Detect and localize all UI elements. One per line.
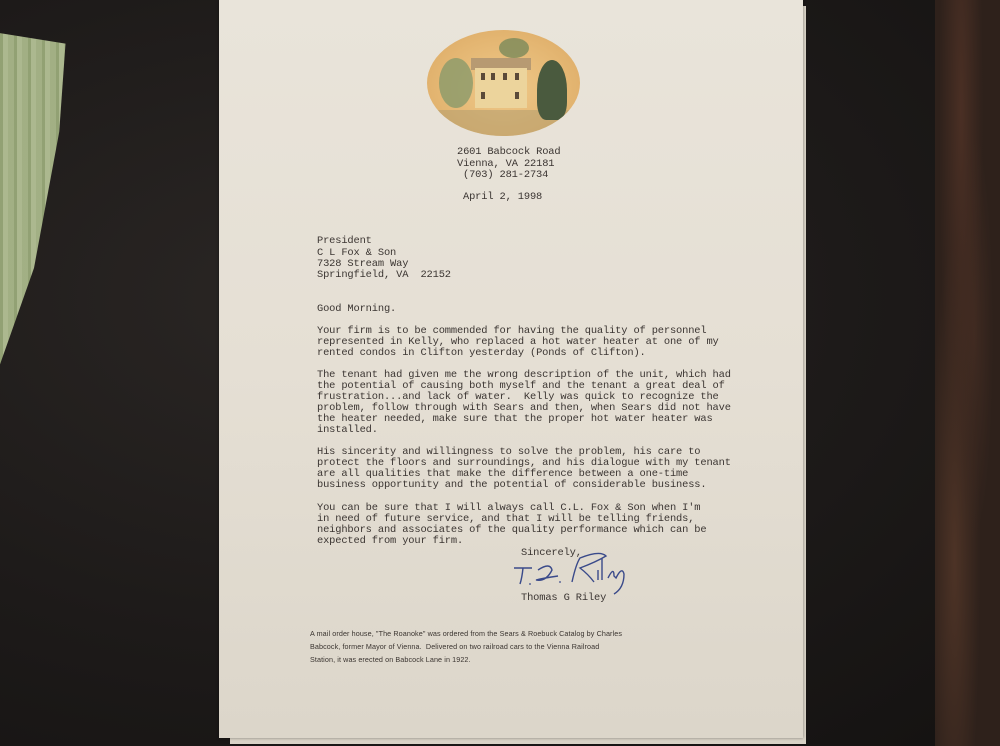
letterhead-address-line1: 2601 Babcock Road <box>457 147 560 159</box>
signer-name: Thomas G Riley <box>521 593 606 605</box>
paragraph-3-line-4: business opportunity and the potential o… <box>317 480 706 492</box>
paragraph-1-line-3: rented condos in Clifton yesterday (Pond… <box>317 348 646 360</box>
letterhead-house-logo <box>427 30 580 136</box>
recipient-title: President <box>317 236 372 248</box>
handwritten-signature <box>510 548 635 596</box>
greeting: Good Morning. <box>317 304 396 316</box>
footnote-line-3: Station, it was erected on Babcock Lane … <box>310 653 471 667</box>
paragraph-2-line-6: installed. <box>317 425 378 437</box>
letterhead-phone: (703) 281-2734 <box>463 170 548 182</box>
footnote-line-1: A mail order house, "The Roanoke" was or… <box>310 627 622 641</box>
paragraph-4-line-4: expected from your firm. <box>317 536 463 548</box>
patterned-rug <box>935 0 1000 746</box>
recipient-city: Springfield, VA 22152 <box>317 270 451 282</box>
letter-date: April 2, 1998 <box>463 192 542 204</box>
footnote-line-2: Babcock, former Mayor of Vienna. Deliver… <box>310 640 599 654</box>
